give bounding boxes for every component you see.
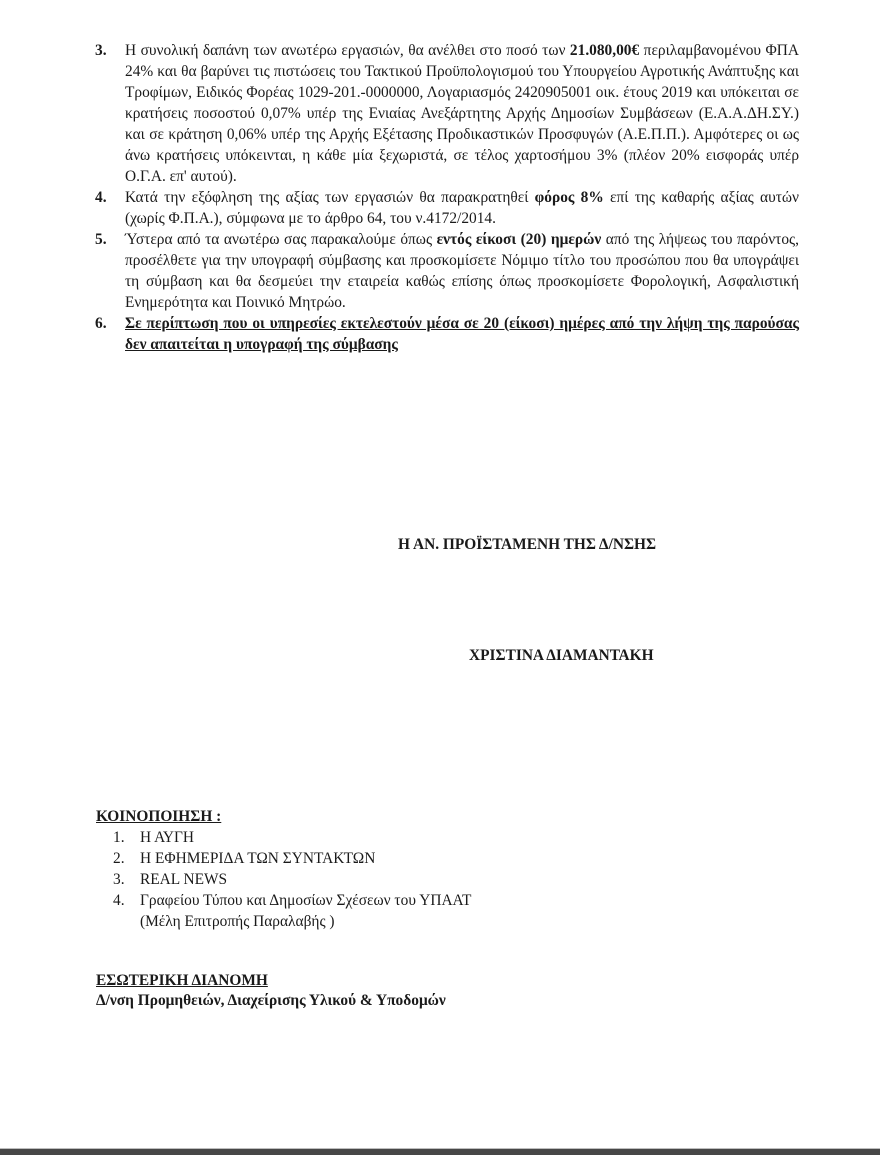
paragraph-number: 3.: [95, 40, 107, 61]
internal-distribution-heading: ΕΣΩΤΕΡΙΚΗ ΔΙΑΝΟΜΗ: [96, 972, 268, 990]
signatory-name: ΧΡΙΣΤΙΝΑ ΔΙΑΜΑΝΤΑΚΗ: [469, 647, 654, 665]
notification-list: 1.Η ΑΥΓΗ 2.Η ΕΦΗΜΕΡΙΔΑ ΤΩΝ ΣΥΝΤΑΚΤΩΝ 3.R…: [113, 827, 471, 932]
total-amount: 21.080,00€: [570, 42, 639, 59]
paragraph-3: 3. Η συνολική δαπάνη των ανωτέρω εργασιώ…: [95, 40, 799, 187]
list-item: 4.Γραφείου Τύπου και Δημοσίων Σχέσεων το…: [113, 890, 471, 932]
list-item: 1.Η ΑΥΓΗ: [113, 827, 471, 848]
paragraph-4: 4. Κατά την εξόφληση της αξίας των εργασ…: [95, 187, 799, 229]
list-item: 2.Η ΕΦΗΜΕΡΙΔΑ ΤΩΝ ΣΥΝΤΑΚΤΩΝ: [113, 848, 471, 869]
document-page: 3. Η συνολική δαπάνη των ανωτέρω εργασιώ…: [0, 0, 880, 1148]
paragraph-number: 6.: [95, 313, 107, 334]
paragraph-number: 5.: [95, 229, 107, 250]
notification-heading: ΚΟΙΝΟΠΟΙΗΣΗ :: [96, 808, 221, 826]
paragraph-number: 4.: [95, 187, 107, 208]
viewer-bottom-bar: [0, 1148, 880, 1155]
tax-rate: φόρος 8%: [535, 189, 604, 206]
numbered-paragraphs: 3. Η συνολική δαπάνη των ανωτέρω εργασιώ…: [95, 40, 799, 355]
list-item: 3.REAL NEWS: [113, 869, 471, 890]
deadline: εντός είκοσι (20) ημερών: [437, 231, 602, 248]
paragraph-6: 6. Σε περίπτωση που οι υπηρεσίες εκτελεσ…: [95, 313, 799, 355]
paragraph-5: 5. Ύστερα από τα ανωτέρω σας παρακαλούμε…: [95, 229, 799, 313]
internal-distribution-body: Δ/νση Προμηθειών, Διαχείρισης Υλικού & Υ…: [96, 992, 446, 1010]
signatory-title: Η ΑΝ. ΠΡΟΪΣΤΑΜΕΝΗ ΤΗΣ Δ/ΝΣΗΣ: [398, 536, 656, 554]
